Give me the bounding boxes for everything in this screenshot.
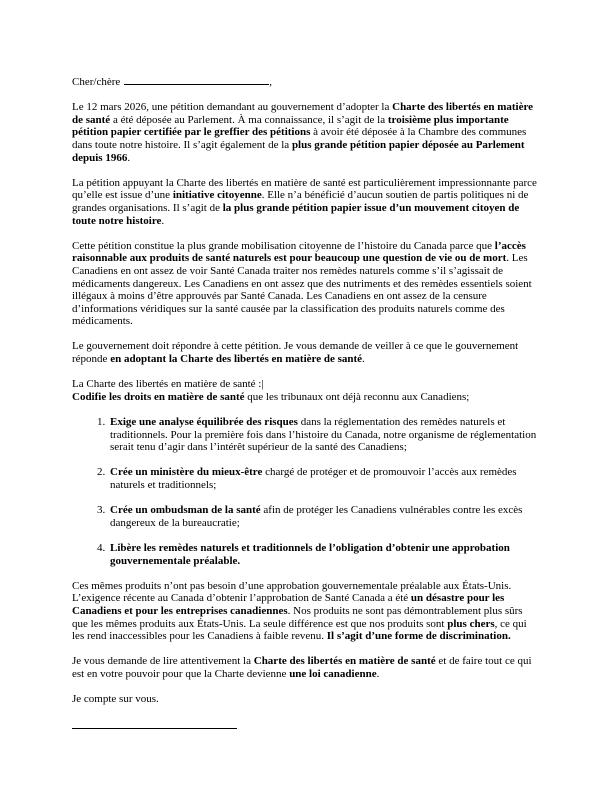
signature-line — [72, 718, 540, 733]
bold-text-run: Crée un ombudsman de la santé — [110, 504, 261, 516]
text-run: La Charte des libertés en matière de san… — [72, 378, 261, 390]
letter-body: Cher/chère,Le 12 mars 2026, une pétition… — [72, 74, 540, 733]
bold-text-run: initiative citoyenne — [173, 189, 262, 201]
text-run: a été déposée au Parlement. À ma connais… — [110, 114, 388, 126]
salutation: Cher/chère, — [72, 74, 540, 89]
text-run: . — [127, 152, 130, 164]
charter-point-2: Crée un ministère du mieux-être chargé d… — [108, 466, 540, 491]
signature-blank-line — [72, 718, 237, 729]
charter-point-4: Libère les remèdes naturels et tradition… — [108, 542, 540, 567]
para-petition-filed: Le 12 mars 2026, une pétition demandant … — [72, 101, 540, 164]
text-run: , — [269, 76, 272, 88]
text-run: . — [161, 215, 164, 227]
bold-text-run: Charte des libertés en matière de santé — [254, 655, 436, 667]
bold-text-run: Crée un ministère du mieux-être — [110, 466, 262, 478]
charter-point-3: Crée un ombudsman de la santé afin de pr… — [108, 504, 540, 529]
para-us-comparison: Ces mêmes produits n’ont pas besoin d’un… — [72, 580, 540, 643]
text-run: Cette pétition constitue la plus grande … — [72, 240, 495, 252]
para-mobilization: Cette pétition constitue la plus grande … — [72, 240, 540, 328]
bold-text-run: Libère les remèdes naturels et tradition… — [110, 542, 510, 567]
text-cursor: | — [261, 378, 263, 390]
bold-text-run: Il s’agit d’une forme de discrimination. — [327, 630, 511, 642]
charter-points-list: Exige une analyse équilibrée des risques… — [72, 416, 540, 567]
text-run: Je compte sur vous. — [72, 693, 159, 705]
para-citizen-initiative: La pétition appuyant la Charte des liber… — [72, 177, 540, 227]
text-run: que les tribunaux ont déjà reconnu aux C… — [245, 391, 470, 403]
charter-point-1: Exige une analyse équilibrée des risques… — [108, 416, 540, 454]
letter-page: Cher/chère,Le 12 mars 2026, une pétition… — [0, 0, 612, 792]
para-government-must-respond: Le gouvernement doit répondre à cette pé… — [72, 340, 540, 365]
bold-text-run: en adoptant la Charte des libertés en ma… — [110, 353, 362, 365]
para-counting-on-you: Je compte sur vous. — [72, 693, 540, 706]
para-call-to-action: Je vous demande de lire attentivement la… — [72, 655, 540, 680]
text-run: Je vous demande de lire attentivement la — [72, 655, 254, 667]
salutation-blank-line — [124, 74, 269, 85]
bold-text-run: Codifie les droits en matière de santé — [72, 391, 245, 403]
text-run: Le 12 mars 2026, une pétition demandant … — [72, 101, 392, 113]
text-run: . — [377, 668, 380, 680]
bold-text-run: Exige une analyse équilibrée des risques — [110, 416, 298, 428]
bold-text-run: une loi canadienne — [289, 668, 376, 680]
text-run: Cher/chère — [72, 76, 120, 88]
para-charter-intro: La Charte des libertés en matière de san… — [72, 378, 540, 403]
text-run: . — [362, 353, 365, 365]
bold-text-run: plus chers — [447, 618, 494, 630]
